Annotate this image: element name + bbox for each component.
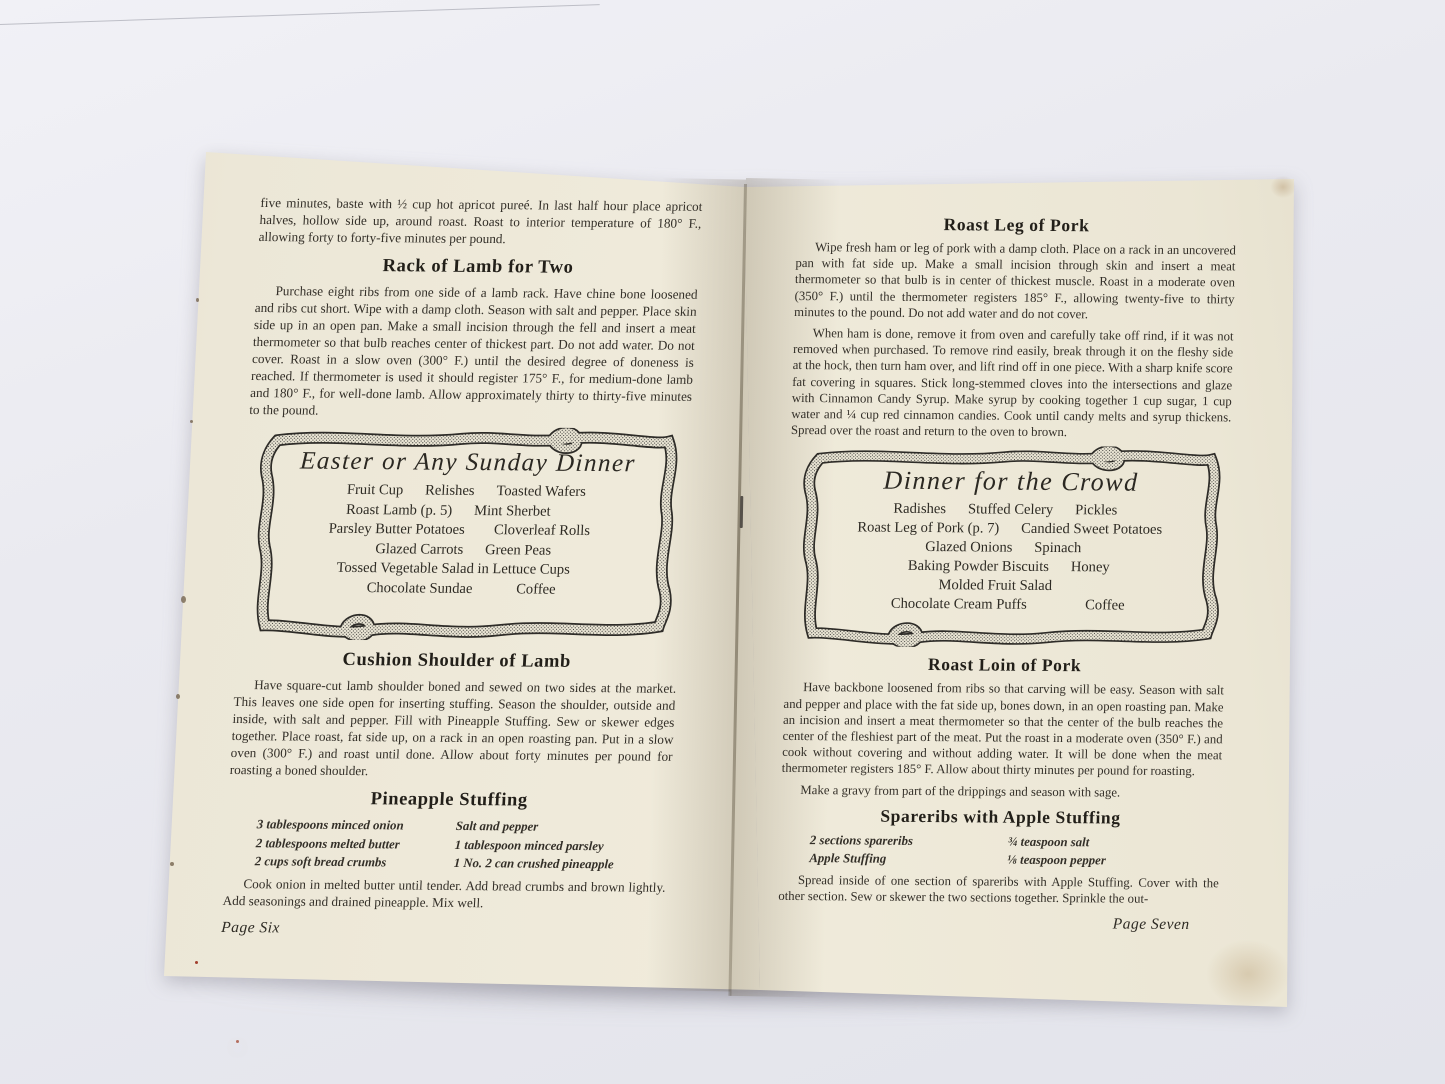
ingredient: 2 cups soft bread crumbs	[254, 852, 446, 872]
menu-easter-sunday-dinner: Easter or Any Sunday Dinner Fruit Cup Re…	[237, 425, 691, 643]
menu-title: Easter or Any Sunday Dinner	[246, 446, 690, 480]
stain-bottom-right	[1190, 926, 1306, 1022]
corner-foxing	[1266, 172, 1300, 202]
edge-wear-mark	[190, 420, 193, 423]
ingredient: 1 No. 2 can crushed pineapple	[453, 854, 667, 874]
menu-title: Dinner for the Crowd	[789, 465, 1233, 498]
paragraph-cushion-shoulder: Have square-cut lamb shoulder boned and …	[229, 676, 676, 782]
edge-wear-mark	[196, 298, 199, 302]
paragraph-pineapple-method: Cook onion in melted butter until tender…	[222, 874, 666, 912]
menu-line: Chocolate Cream Puffs Coffee	[786, 594, 1230, 616]
ingredient-column-left: 3 tablespoons minced onion 2 tablespoons…	[224, 815, 448, 872]
heading-pineapple-stuffing: Pineapple Stuffing	[228, 787, 671, 813]
paragraph-spareribs-method: Spread inside of one section of sparerib…	[778, 872, 1219, 908]
ingredient: ¾ teaspoon salt	[1008, 833, 1220, 853]
edge-wear-mark	[176, 694, 180, 699]
ingredient: 1 tablespoon minced parsley	[454, 835, 668, 855]
ingredient-list: 3 tablespoons minced onion 2 tablespoons…	[224, 815, 669, 874]
ingredient-list: 2 sections spareribs Apple Stuffing ¾ te…	[779, 831, 1220, 871]
heading-spareribs: Spareribs with Apple Stuffing	[780, 804, 1221, 829]
ingredient: ⅛ teaspoon pepper	[1007, 851, 1219, 871]
paragraph-apricot-roast: five minutes, baste with ½ cup hot apric…	[258, 194, 703, 249]
paragraph-roast-leg-1: Wipe fresh ham or leg of pork with a dam…	[794, 239, 1236, 323]
edge-wear-mark	[181, 596, 186, 603]
ingredient: 2 sections spareribs	[810, 831, 1000, 851]
paragraph-rack-of-lamb: Purchase eight ribs from one side of a l…	[249, 282, 698, 422]
red-speck	[236, 1040, 239, 1043]
menu-content: Dinner for the Crowd Radishes Stuffed Ce…	[785, 444, 1233, 649]
red-speck	[195, 961, 198, 964]
heading-rack-of-lamb: Rack of Lamb for Two	[257, 254, 700, 280]
page-number-label: Page Seven	[777, 914, 1217, 934]
edge-wear-mark	[170, 862, 174, 866]
ingredient-column-right: Salt and pepper 1 tablespoon minced pars…	[445, 817, 669, 874]
ingredient: 3 tablespoons minced onion	[256, 815, 448, 835]
ingredient-column-right: ¾ teaspoon salt ⅛ teaspoon pepper	[999, 832, 1220, 871]
right-page-content: Roast Leg of Pork Wipe fresh ham or leg …	[777, 206, 1237, 934]
menu-content: Easter or Any Sunday Dinner Fruit Cup Re…	[237, 425, 691, 643]
heading-roast-loin-of-pork: Roast Loin of Pork	[784, 652, 1225, 677]
menu-dinner-for-the-crowd: Dinner for the Crowd Radishes Stuffed Ce…	[785, 444, 1233, 649]
paragraph-roast-leg-2: When ham is done, remove it from oven an…	[791, 325, 1234, 442]
paragraph-roast-loin-1: Have backbone loosened from ribs so that…	[782, 679, 1225, 780]
paragraph-roast-loin-2: Make a gravy from part of the drippings …	[781, 782, 1221, 802]
left-page-content: five minutes, baste with ½ cup hot apric…	[221, 194, 703, 939]
ingredient: Apple Stuffing	[809, 849, 999, 869]
heading-cushion-shoulder: Cushion Shoulder of Lamb	[235, 648, 678, 674]
ingredient-column-left: 2 sections spareribs Apple Stuffing	[779, 831, 1000, 870]
ingredient: 2 tablespoons melted butter	[255, 834, 447, 854]
menu-line: Chocolate Sundae Coffee	[239, 578, 683, 601]
ingredient: Salt and pepper	[455, 817, 669, 837]
heading-roast-leg-of-pork: Roast Leg of Pork	[796, 212, 1237, 237]
